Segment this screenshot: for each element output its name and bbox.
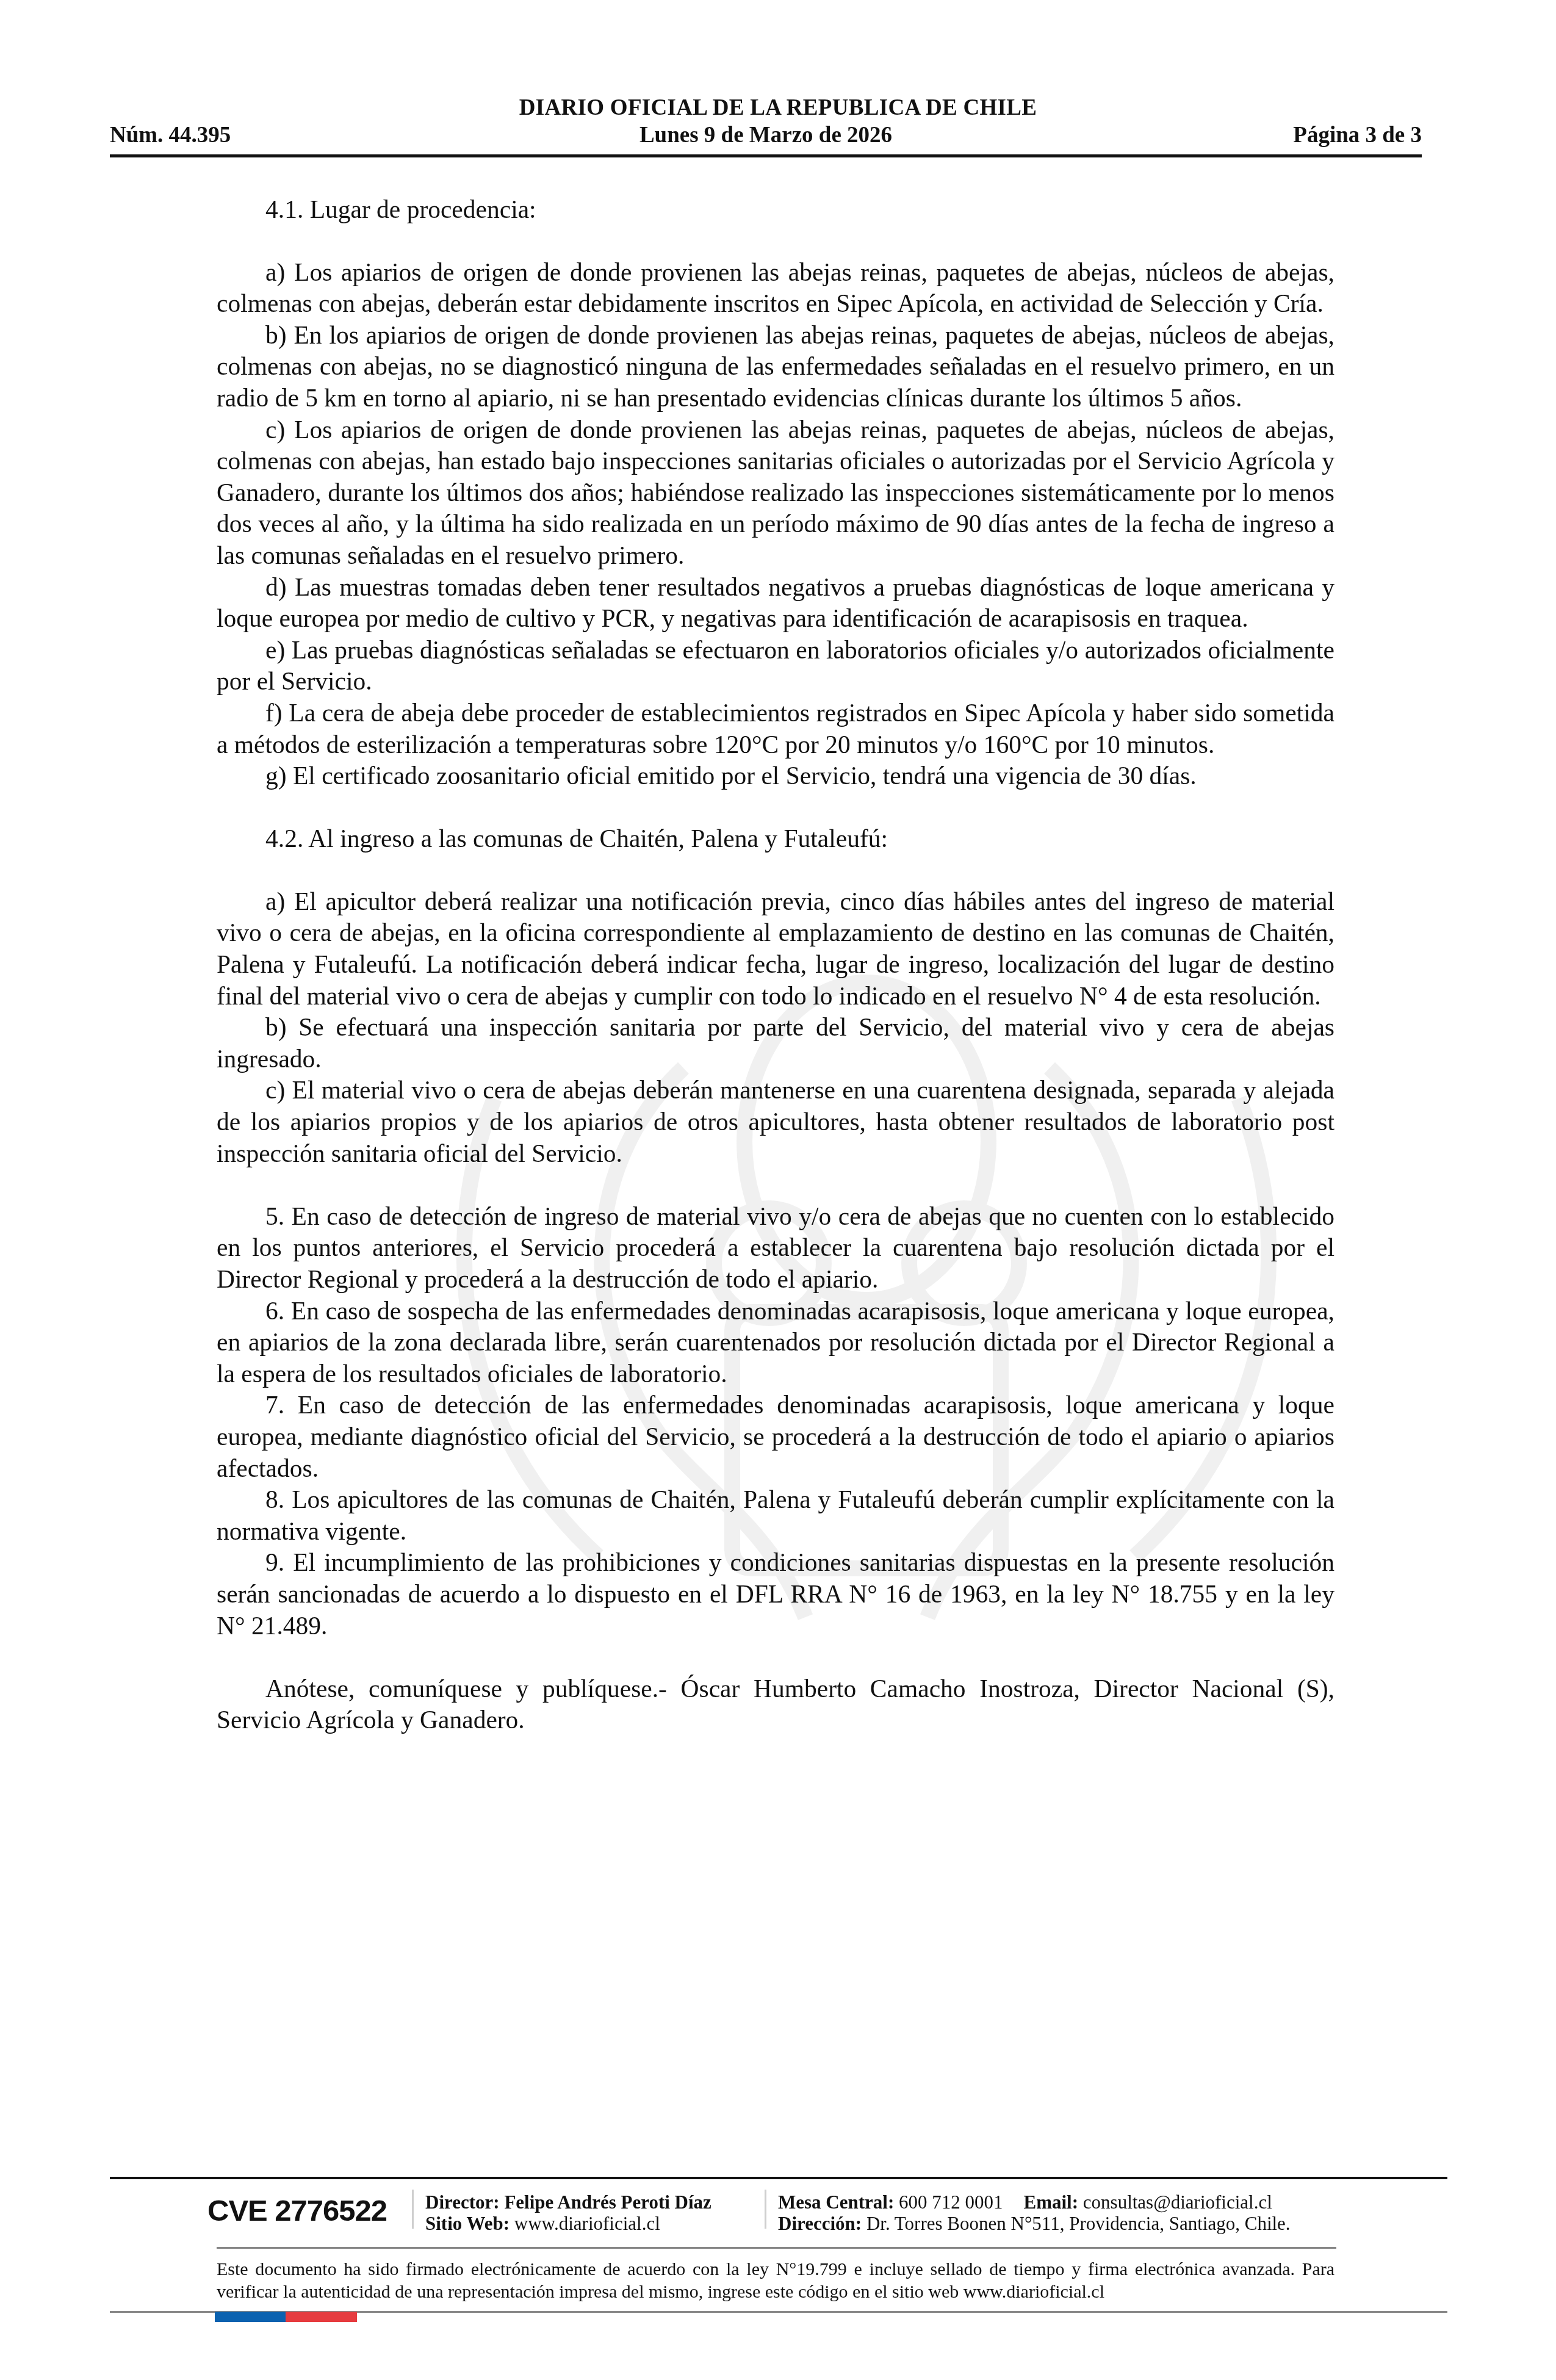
spacer [217, 792, 1334, 824]
footer-separator [765, 2190, 766, 2229]
signature-note: Este documento ha sido firmado electróni… [217, 2258, 1334, 2303]
flag-stripe-blue [215, 2312, 286, 2322]
website-label: Sitio Web: [425, 2213, 510, 2234]
footer-contact-block: Mesa Central: 600 712 0001Email: consult… [778, 2191, 1291, 2234]
footer-separator [412, 2190, 414, 2229]
email-label: Email: [1024, 2191, 1079, 2213]
paragraph: g) El certificado zoosanitario oficial e… [217, 760, 1334, 792]
spacer [217, 1642, 1334, 1673]
paragraph: 6. En caso de sospecha de las enfermedad… [217, 1296, 1334, 1390]
flag-stripe-red [286, 2312, 357, 2322]
phone-label: Mesa Central: [778, 2191, 894, 2213]
document-body: 4.1. Lugar de procedencia: a) Los apiari… [217, 194, 1334, 1736]
paragraph: e) Las pruebas diagnósticas señaladas se… [217, 635, 1334, 698]
section-heading-4-1: 4.1. Lugar de procedencia: [217, 194, 1334, 226]
footer-divider [217, 2247, 1336, 2249]
director-name: Felipe Andrés Peroti Díaz [504, 2191, 711, 2213]
section-heading-4-2: 4.2. Al ingreso a las comunas de Chaitén… [217, 823, 1334, 855]
paragraph: b) En los apiarios de origen de donde pr… [217, 320, 1334, 414]
publication-date: Lunes 9 de Marzo de 2026 [110, 122, 1422, 148]
paragraph: a) El apicultor deberá realizar una noti… [217, 886, 1334, 1012]
spacer [217, 1169, 1334, 1201]
website-link[interactable]: www.diarioficial.cl [514, 2213, 660, 2234]
paragraph: 7. En caso de detección de las enfermeda… [217, 1390, 1334, 1484]
document-page: DIARIO OFICIAL DE LA REPUBLICA DE CHILE … [0, 0, 1556, 2380]
paragraph: f) La cera de abeja debe proceder de est… [217, 698, 1334, 760]
email-link[interactable]: consultas@diarioficial.cl [1083, 2191, 1272, 2213]
paragraph: a) Los apiarios de origen de donde provi… [217, 257, 1334, 320]
paragraph: c) Los apiarios de origen de donde provi… [217, 414, 1334, 572]
cve-code: CVE 2776522 [207, 2194, 387, 2228]
closing-signature: Anótese, comuníquese y publíquese.- Ósca… [217, 1673, 1334, 1736]
footer-director-block: Director: Felipe Andrés Peroti Díaz Siti… [425, 2191, 711, 2234]
paragraph: b) Se efectuará una inspección sanitaria… [217, 1012, 1334, 1075]
phone-number: 600 712 0001 [899, 2191, 1003, 2213]
paragraph: 9. El incumplimiento de las prohibicione… [217, 1547, 1334, 1642]
paragraph: 8. Los apicultores de las comunas de Cha… [217, 1484, 1334, 1547]
paragraph: c) El material vivo o cera de abejas deb… [217, 1075, 1334, 1169]
address-label: Dirección: [778, 2213, 862, 2234]
address: Dr. Torres Boonen N°511, Providencia, Sa… [866, 2213, 1291, 2234]
header-row: Núm. 44.395 Lunes 9 de Marzo de 2026 Pág… [110, 122, 1422, 148]
paragraph: 5. En caso de detección de ingreso de ma… [217, 1201, 1334, 1296]
footer-divider [110, 2177, 1447, 2179]
publication-title: DIARIO OFICIAL DE LA REPUBLICA DE CHILE [0, 95, 1556, 121]
header-divider [110, 154, 1422, 157]
paragraph: d) Las muestras tomadas deben tener resu… [217, 572, 1334, 635]
director-label: Director: [425, 2191, 500, 2213]
